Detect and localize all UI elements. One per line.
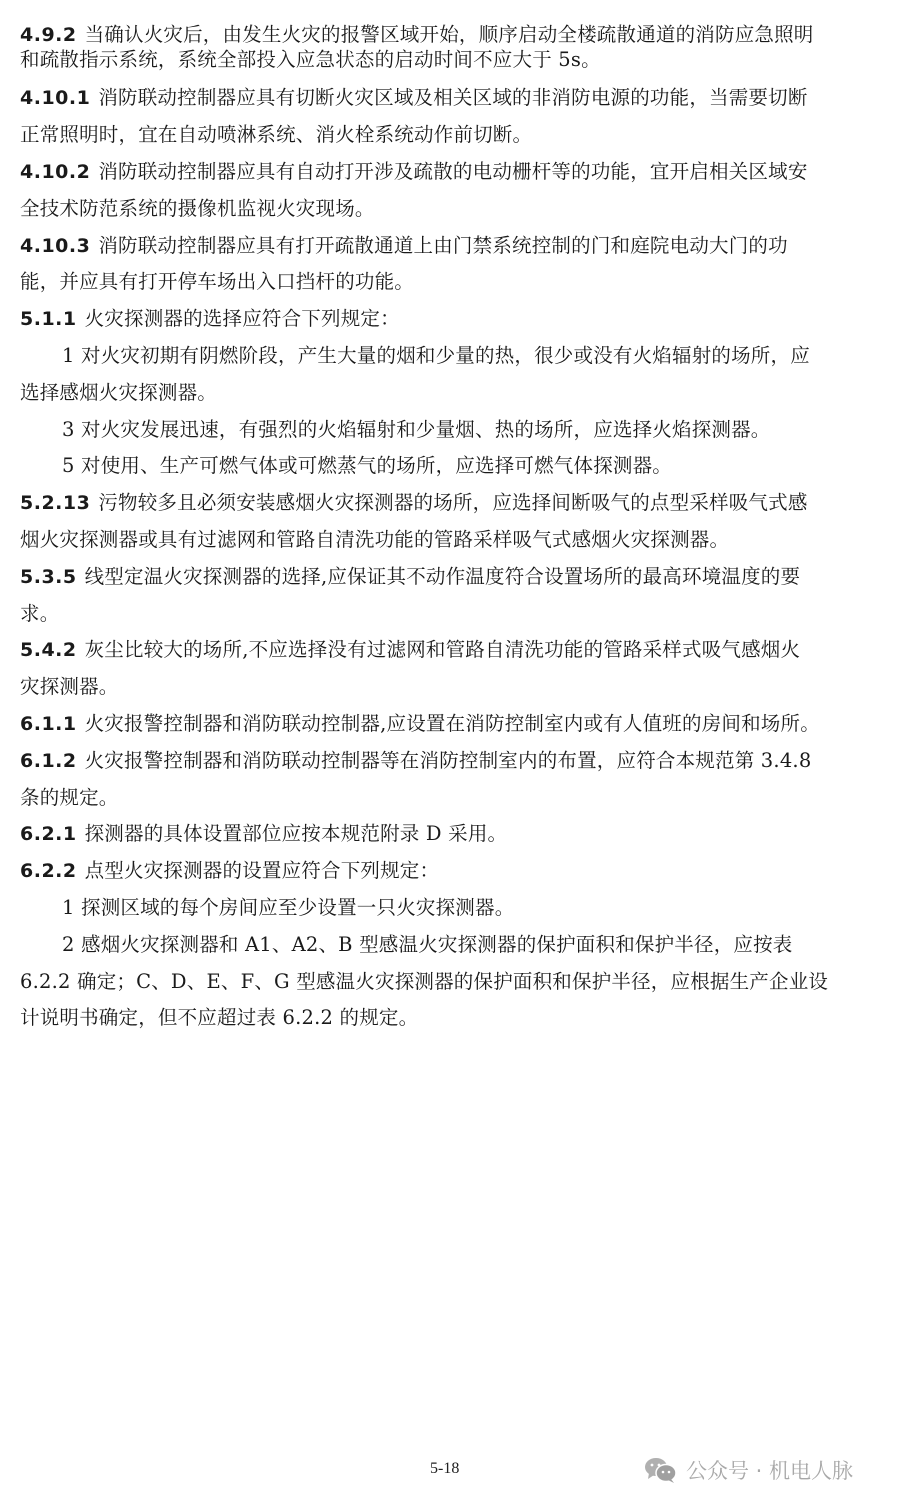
clause-text: 灰尘比较大的场所,不应选择没有过滤网和管路自清洗功能的管路采样式吸气感烟火 [85, 638, 801, 661]
clause-text: 火灾报警控制器和消防联动控制器等在消防控制室内的布置，应符合本规范第 3.4.8 [85, 749, 812, 772]
watermark: 公众号 · 机电人脉 [644, 1455, 853, 1485]
clause-number: 4.10.3 [20, 235, 90, 257]
clause-line: 6.2.2点型火灾探测器的设置应符合下列规定： [20, 852, 439, 889]
continuation-line: 计说明书确定，但不应超过表 6.2.2 的规定。 [20, 999, 418, 1036]
clause-text: 线型定温火灾探测器的选择,应保证其不动作温度符合设置场所的最高环境温度的要 [85, 565, 801, 588]
clause-line: 4.10.1消防联动控制器应具有切断火灾区域及相关区域的非消防电源的功能，当需要… [20, 79, 808, 116]
clause-number: 6.1.1 [20, 713, 77, 735]
clause-text: 1 探测区域的每个房间应至少设置一只火灾探测器。 [62, 896, 514, 919]
clause-text: 3 对火灾发展迅速，有强烈的火焰辐射和少量烟、热的场所，应选择火焰探测器。 [62, 418, 771, 441]
clause-line: 5.2.13污物较多且必须安装感烟火灾探测器的场所，应选择间断吸气的点型采样吸气… [20, 484, 808, 521]
clause-line: 6.2.1探测器的具体设置部位应按本规范附录 D 采用。 [20, 815, 507, 852]
clause-number: 5.3.5 [20, 566, 77, 588]
watermark-text: 公众号 · 机电人脉 [686, 1455, 853, 1485]
clause-text: 计说明书确定，但不应超过表 6.2.2 的规定。 [20, 1006, 418, 1029]
continuation-line: 6.2.2 确定；C、D、E、F、G 型感温火灾探测器的保护面积和保护半径，应根… [20, 963, 828, 1000]
clause-text: 消防联动控制器应具有打开疏散通道上由门禁系统控制的门和庭院电动大门的功 [98, 234, 788, 257]
clause-text: 点型火灾探测器的设置应符合下列规定： [85, 859, 440, 882]
clause-text: 污物较多且必须安装感烟火灾探测器的场所，应选择间断吸气的点型采样吸气式感 [98, 491, 807, 514]
clause-number: 6.2.1 [20, 823, 77, 845]
continuation-line: 和疏散指示系统，系统全部投入应急状态的启动时间不应大于 5s。 [20, 41, 601, 78]
wechat-icon [644, 1457, 678, 1483]
clause-line: 6.1.1火灾报警控制器和消防联动控制器,应设置在消防控制室内或有人值班的房间和… [20, 705, 820, 742]
clause-number: 6.1.2 [20, 750, 77, 772]
list-item: 1 对火灾初期有阴燃阶段，产生大量的烟和少量的热，很少或没有火焰辐射的场所，应 [62, 337, 810, 374]
continuation-line: 条的规定。 [20, 779, 119, 816]
clause-text: 6.2.2 确定；C、D、E、F、G 型感温火灾探测器的保护面积和保护半径，应根… [20, 970, 828, 993]
clause-number: 4.10.1 [20, 87, 90, 109]
clause-text: 烟火灾探测器或具有过滤网和管路自清洗功能的管路采样吸气式感烟火灾探测器。 [20, 528, 729, 551]
clause-text: 消防联动控制器应具有切断火灾区域及相关区域的非消防电源的功能，当需要切断 [98, 86, 807, 109]
clause-text: 火灾探测器的选择应符合下列规定： [85, 307, 400, 330]
clause-number: 5.4.2 [20, 639, 77, 661]
list-item: 5 对使用、生产可燃气体或可燃蒸气的场所，应选择可燃气体探测器。 [62, 447, 672, 484]
clause-text: 5 对使用、生产可燃气体或可燃蒸气的场所，应选择可燃气体探测器。 [62, 454, 672, 477]
clause-line: 6.1.2火灾报警控制器和消防联动控制器等在消防控制室内的布置，应符合本规范第 … [20, 742, 811, 779]
list-item: 1 探测区域的每个房间应至少设置一只火灾探测器。 [62, 889, 514, 926]
continuation-line: 能，并应具有打开停车场出入口挡杆的功能。 [20, 263, 414, 300]
clause-line: 4.10.3消防联动控制器应具有打开疏散通道上由门禁系统控制的门和庭院电动大门的… [20, 227, 788, 264]
list-item: 2 感烟火灾探测器和 A1、A2、B 型感温火灾探测器的保护面积和保护半径，应按… [62, 926, 793, 963]
continuation-line: 全技术防范系统的摄像机监视火灾现场。 [20, 190, 375, 227]
clause-text: 2 感烟火灾探测器和 A1、A2、B 型感温火灾探测器的保护面积和保护半径，应按… [62, 933, 793, 956]
clause-text: 能，并应具有打开停车场出入口挡杆的功能。 [20, 270, 414, 293]
clause-line: 5.4.2灰尘比较大的场所,不应选择没有过滤网和管路自清洗功能的管路采样式吸气感… [20, 631, 800, 668]
clause-number: 4.10.2 [20, 161, 90, 183]
clause-text: 和疏散指示系统，系统全部投入应急状态的启动时间不应大于 5s。 [20, 48, 601, 71]
clause-line: 4.10.2消防联动控制器应具有自动打开涉及疏散的电动栅杆等的功能，宜开启相关区… [20, 153, 808, 190]
clause-text: 条的规定。 [20, 786, 119, 809]
clause-text: 探测器的具体设置部位应按本规范附录 D 采用。 [85, 822, 508, 845]
clause-text: 求。 [20, 602, 59, 625]
list-item: 3 对火灾发展迅速，有强烈的火焰辐射和少量烟、热的场所，应选择火焰探测器。 [62, 411, 771, 448]
clause-text: 火灾报警控制器和消防联动控制器,应设置在消防控制室内或有人值班的房间和场所。 [85, 712, 820, 735]
clause-text: 灾探测器。 [20, 675, 119, 698]
clause-text: 1 对火灾初期有阴燃阶段，产生大量的烟和少量的热，很少或没有火焰辐射的场所，应 [62, 344, 810, 367]
continuation-line: 选择感烟火灾探测器。 [20, 374, 217, 411]
clause-line: 5.3.5线型定温火灾探测器的选择,应保证其不动作温度符合设置场所的最高环境温度… [20, 558, 800, 595]
clause-line: 5.1.1火灾探测器的选择应符合下列规定： [20, 300, 400, 337]
clause-number: 5.1.1 [20, 308, 77, 330]
continuation-line: 正常照明时，宜在自动喷淋系统、消火栓系统动作前切断。 [20, 116, 532, 153]
continuation-line: 求。 [20, 595, 59, 632]
clause-number: 6.2.2 [20, 860, 77, 882]
continuation-line: 灾探测器。 [20, 668, 119, 705]
clause-number: 5.2.13 [20, 492, 90, 514]
clause-text: 正常照明时，宜在自动喷淋系统、消火栓系统动作前切断。 [20, 123, 532, 146]
clause-text: 选择感烟火灾探测器。 [20, 381, 217, 404]
clause-text: 消防联动控制器应具有自动打开涉及疏散的电动栅杆等的功能，宜开启相关区域安 [98, 160, 807, 183]
clause-text: 全技术防范系统的摄像机监视火灾现场。 [20, 197, 375, 220]
continuation-line: 烟火灾探测器或具有过滤网和管路自清洗功能的管路采样吸气式感烟火灾探测器。 [20, 521, 729, 558]
page-number: 5-18 [430, 1460, 459, 1478]
